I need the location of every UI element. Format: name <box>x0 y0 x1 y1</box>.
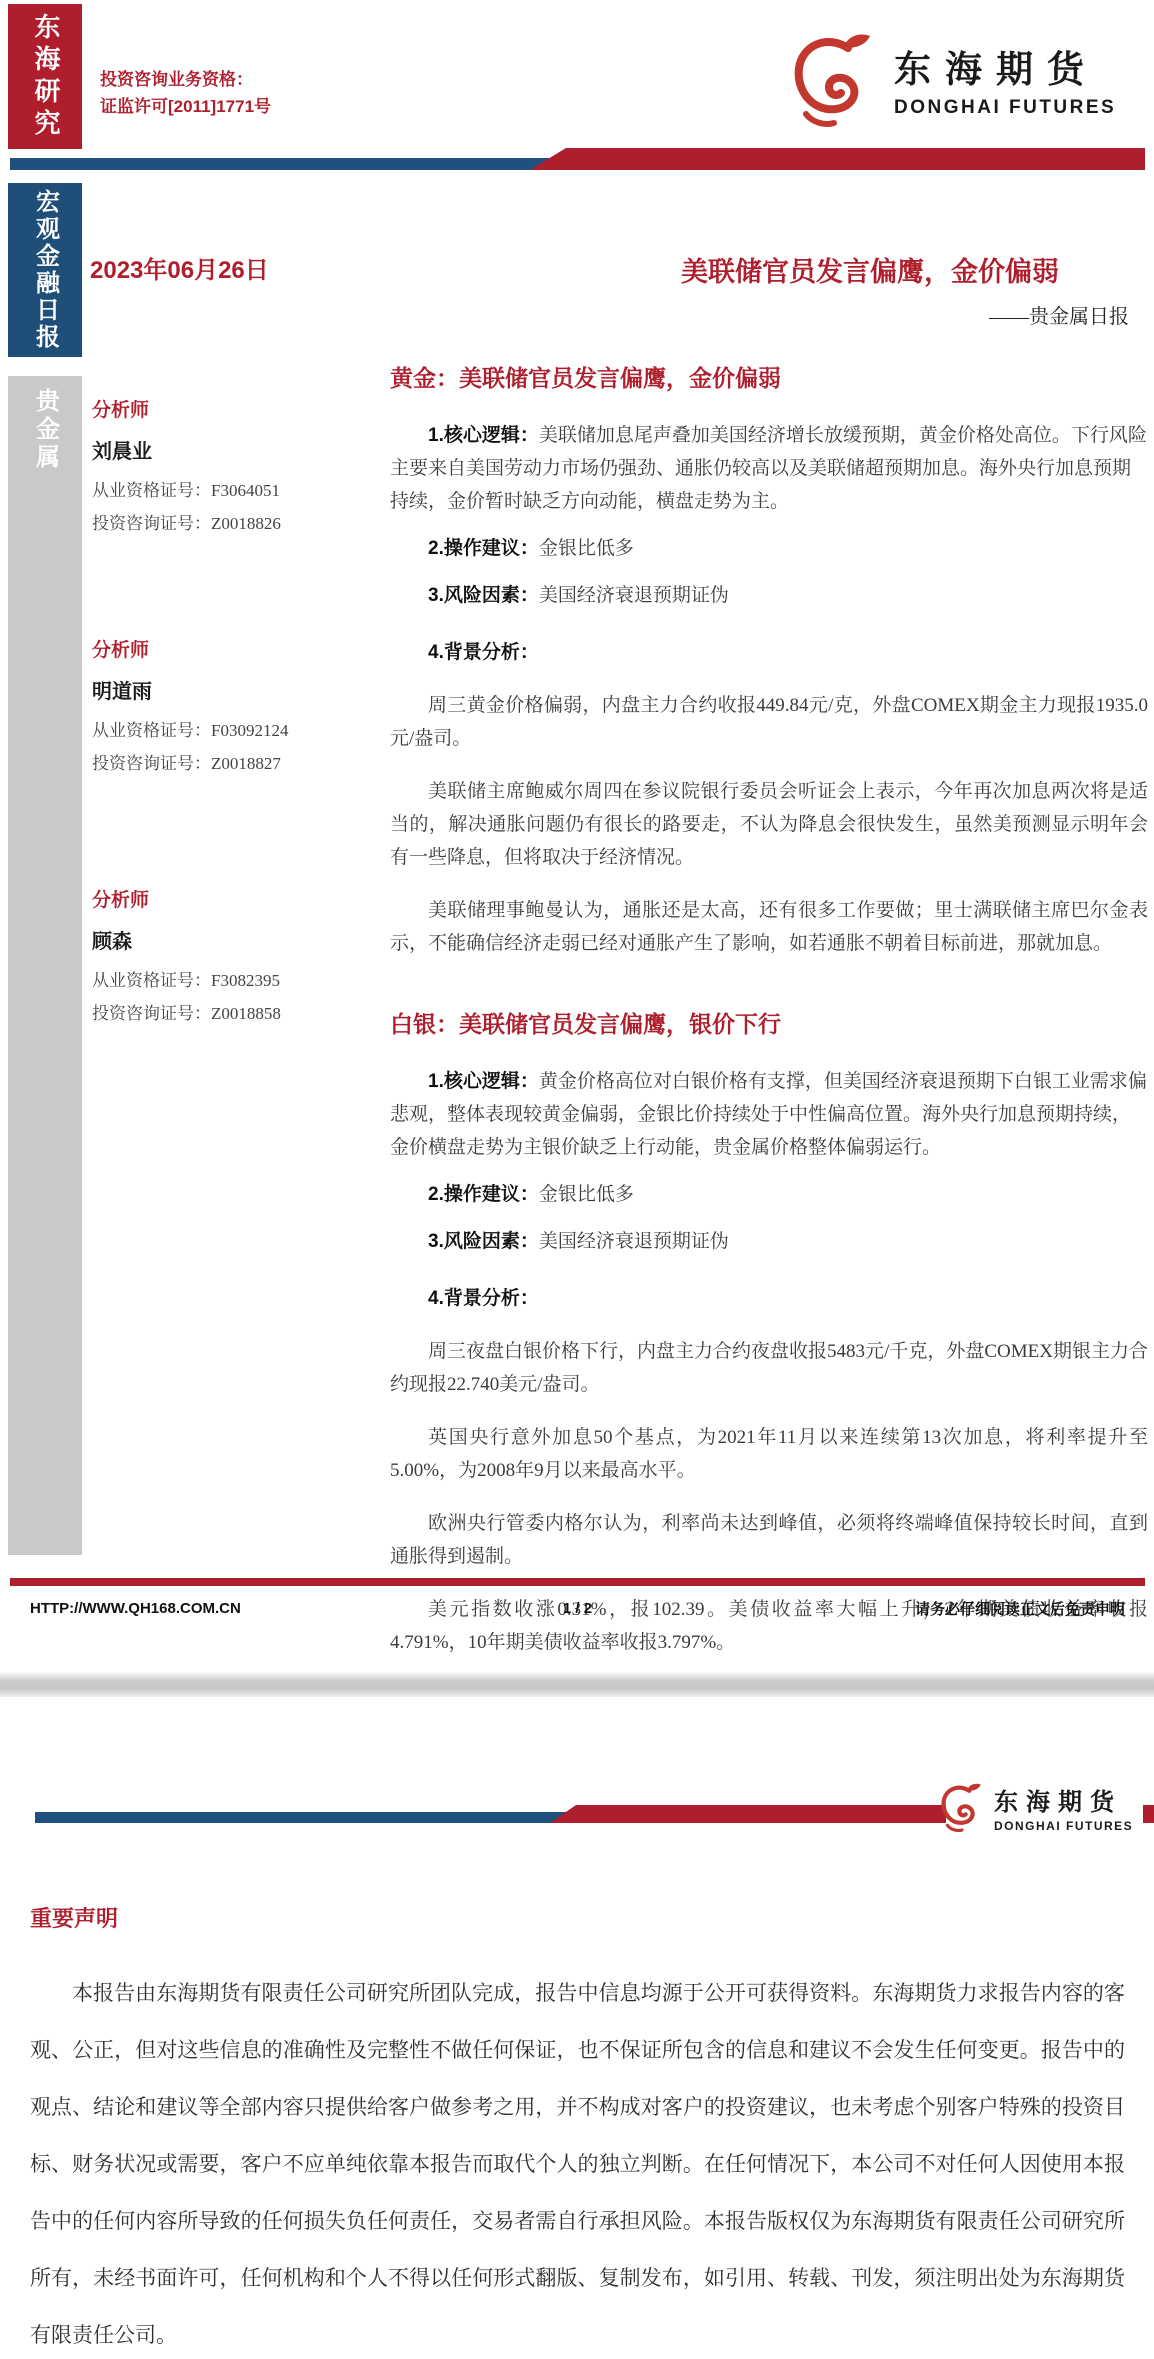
brand-box-label: 东海研究 <box>8 13 82 141</box>
analyst-name: 刘晨业 <box>92 435 387 464</box>
header-divider-blue <box>35 1812 578 1823</box>
important-statement-heading: 重要声明 <box>30 1902 118 1933</box>
sidebar-tab-macro-finance-daily: 宏观金融日报 <box>8 183 82 357</box>
report-page-1: 东海研究 投资咨询业务资格： 证监许可[2011]1771号 东海期货 DONG… <box>0 0 1154 1672</box>
analyst-name: 明道雨 <box>92 675 387 704</box>
dragon-logo-icon <box>788 26 880 132</box>
analyst-advisory-cert: 投资咨询证号：Z0018858 <box>92 997 387 1030</box>
analyst-practice-cert: 从业资格证号：F03092124 <box>92 714 387 747</box>
footer-divider <box>10 1578 1145 1586</box>
logo-chinese-name: 东海期货 <box>894 39 1116 93</box>
report-title: 美联储官员发言偏鹰，金价偏弱 <box>681 250 1059 289</box>
silver-risk-factor: 3.风险因素：美国经济衰退预期证伪 <box>390 1225 1148 1258</box>
item-label: 3.风险因素： <box>428 585 539 606</box>
report-page-2: 东海期货 DONGHAI FUTURES 重要声明 本报告由东海期货有限责任公司… <box>0 1697 1154 2359</box>
qualification-line2: 证监许可[2011]1771号 <box>100 93 271 120</box>
header-divider-blue <box>10 158 566 170</box>
analyst-block-2: 分析师 明道雨 从业资格证号：F03092124 投资咨询证号：Z0018827 <box>92 635 387 780</box>
item-text: 金银比低多 <box>539 1184 634 1205</box>
analyst-role: 分析师 <box>92 885 387 912</box>
item-text: 金银比低多 <box>539 538 634 559</box>
silver-background-label: 4.背景分析： <box>390 1282 1148 1315</box>
analyst-practice-cert: 从业资格证号：F3082395 <box>92 964 387 997</box>
item-label: 1.核心逻辑： <box>428 1071 539 1092</box>
silver-paragraph-1: 周三夜盘白银价格下行，内盘主力合约夜盘收报5483元/千克，外盘COMEX期银主… <box>390 1335 1148 1401</box>
item-label: 4.背景分析： <box>428 642 539 663</box>
silver-core-logic: 1.核心逻辑：黄金价格高位对白银价格有支撑，但美国经济衰退预期下白银工业需求偏悲… <box>390 1065 1148 1164</box>
item-label: 3.风险因素： <box>428 1231 539 1252</box>
sidebar-tab-blue-label: 宏观金融日报 <box>28 189 63 351</box>
item-label: 4.背景分析： <box>428 1288 539 1309</box>
gold-core-logic: 1.核心逻辑：美联储加息尾声叠加美国经济增长放缓预期，黄金价格处高位。下行风险主… <box>390 419 1148 518</box>
item-label: 2.操作建议： <box>428 538 539 559</box>
qualification-text: 投资咨询业务资格： 证监许可[2011]1771号 <box>100 66 271 120</box>
item-label: 1.核心逻辑： <box>428 425 539 446</box>
gold-paragraph-1: 周三黄金价格偏弱，内盘主力合约收报449.84元/克，外盘COMEX期金主力现报… <box>390 689 1148 755</box>
report-date: 2023年06月26日 <box>90 250 269 285</box>
qualification-line1: 投资咨询业务资格： <box>100 66 271 93</box>
header-divider-red <box>530 148 1145 170</box>
analyst-role: 分析师 <box>92 635 387 662</box>
dragon-logo-icon <box>938 1778 986 1836</box>
footer-disclaimer-notice: 请务必仔细阅读正文后免责申明 <box>760 1598 1125 1619</box>
company-logo: 东海期货 DONGHAI FUTURES <box>938 1767 1148 1847</box>
analyst-advisory-cert: 投资咨询证号：Z0018827 <box>92 747 387 780</box>
analyst-advisory-cert: 投资咨询证号：Z0018826 <box>92 507 387 540</box>
donghai-research-brand-box: 东海研究 <box>8 4 82 149</box>
gold-paragraph-3: 美联储理事鲍曼认为，通胀还是太高，还有很多工作要做；里士满联储主席巴尔金表示，不… <box>390 894 1148 960</box>
logo-english-name: DONGHAI FUTURES <box>894 97 1116 119</box>
item-label: 2.操作建议： <box>428 1184 539 1205</box>
analyst-role: 分析师 <box>92 395 387 422</box>
logo-chinese-name: 东海期货 <box>994 1782 1133 1817</box>
main-content: 黄金：美联储官员发言偏鹰，金价偏弱 1.核心逻辑：美联储加息尾声叠加美国经济增长… <box>390 360 1148 1672</box>
footer-url: HTTP://WWW.QH168.COM.CN <box>30 1600 395 1617</box>
footer-page-number: 1 / 2 <box>395 1600 760 1617</box>
page-separator <box>0 1672 1154 1697</box>
silver-paragraph-3: 欧洲央行管委内格尔认为，利率尚未达到峰值，必须将终端峰值保持较长时间，直到通胀得… <box>390 1507 1148 1573</box>
gold-trade-advice: 2.操作建议：金银比低多 <box>390 532 1148 565</box>
analyst-name: 顾森 <box>92 925 387 954</box>
sidebar-tab-precious-metals: 贵金属 <box>8 376 82 1555</box>
analyst-block-3: 分析师 顾森 从业资格证号：F3082395 投资咨询证号：Z0018858 <box>92 885 387 1030</box>
silver-paragraph-2: 英国央行意外加息50个基点，为2021年11月以来连续第13次加息，将利率提升至… <box>390 1421 1148 1487</box>
gold-risk-factor: 3.风险因素：美国经济衰退预期证伪 <box>390 579 1148 612</box>
analyst-practice-cert: 从业资格证号：F3064051 <box>92 474 387 507</box>
gold-section-heading: 黄金：美联储官员发言偏鹰，金价偏弱 <box>390 360 1148 393</box>
logo-english-name: DONGHAI FUTURES <box>994 1819 1133 1833</box>
report-subtitle: ——贵金属日报 <box>989 300 1129 329</box>
page-footer: HTTP://WWW.QH168.COM.CN 1 / 2 请务必仔细阅读正文后… <box>30 1598 1125 1619</box>
disclaimer-text: 本报告由东海期货有限责任公司研究所团队完成，报告中信息均源于公开可获得资料。东海… <box>30 1965 1125 2359</box>
sidebar-tab-gray-label: 贵金属 <box>28 388 63 1555</box>
gold-paragraph-2: 美联储主席鲍威尔周四在参议院银行委员会听证会上表示，今年再次加息两次将是适当的，… <box>390 775 1148 874</box>
silver-section-heading: 白银：美联储官员发言偏鹰，银价下行 <box>390 1006 1148 1039</box>
item-text: 美国经济衰退预期证伪 <box>539 585 729 606</box>
analyst-block-1: 分析师 刘晨业 从业资格证号：F3064051 投资咨询证号：Z0018826 <box>92 395 387 540</box>
header-divider-red <box>550 1805 946 1823</box>
item-text: 美国经济衰退预期证伪 <box>539 1231 729 1252</box>
gold-background-label: 4.背景分析： <box>390 636 1148 669</box>
company-logo: 东海期货 DONGHAI FUTURES <box>788 20 1133 138</box>
silver-trade-advice: 2.操作建议：金银比低多 <box>390 1178 1148 1211</box>
